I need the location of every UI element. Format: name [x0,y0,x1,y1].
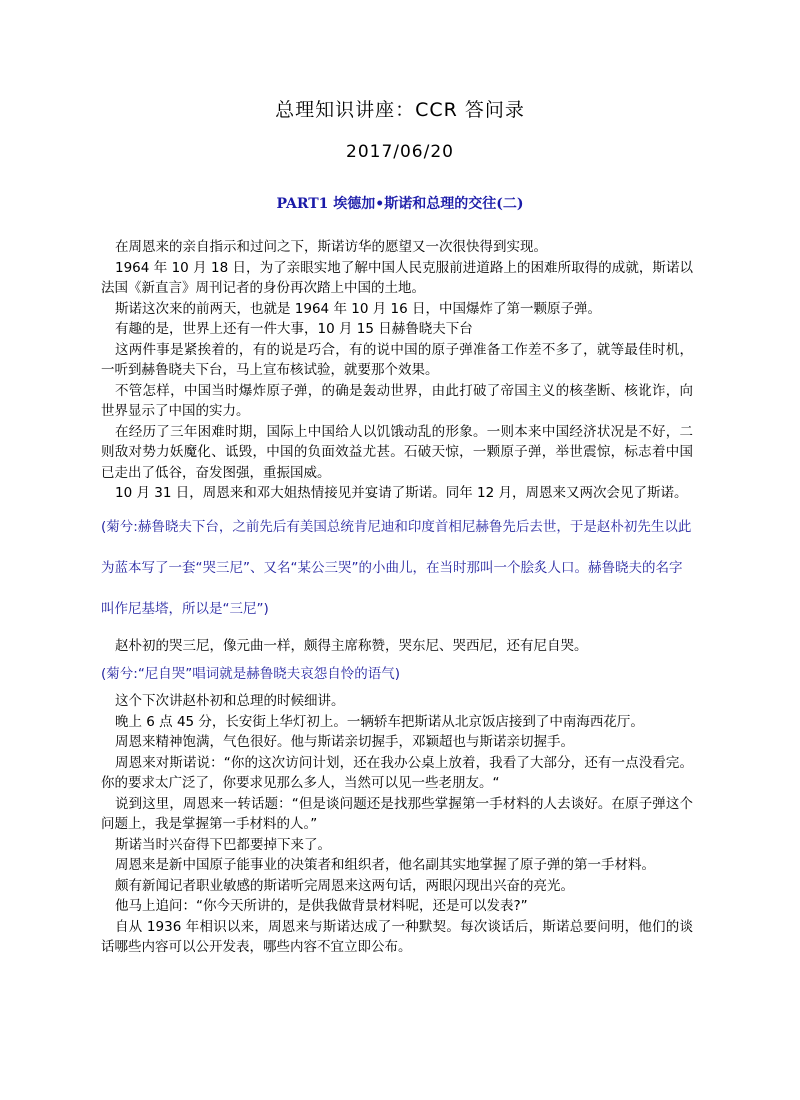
document-title: 总理知识讲座：CCR 答问录 [0,95,800,122]
paragraph: 不管怎样，中国当时爆炸原子弹，的确是轰动世界，由此打破了帝国主义的核垄断、核讹诈… [101,381,693,422]
paragraph: 他马上追问：“你今天所讲的，是供我做背景材料呢，还是可以发表?” [101,896,693,917]
paragraph: 斯诺当时兴奋得下巴都要掉下来了。 [101,835,693,856]
paragraph: 斯诺这次来的前两天，也就是 1964 年 10 月 16 日，中国爆炸了第一颗原… [101,299,693,320]
paragraph: 在周恩来的亲自指示和过问之下，斯诺访华的愿望又一次很快得到实现。 [101,237,693,258]
paragraph: 说到这里，周恩来一转话题：“但是谈问题还是找那些掌握第一手材料的人去谈好。在原子… [101,794,693,835]
paragraph: 有趣的是，世界上还有一件大事，10 月 15 日赫鲁晓夫下台 [101,319,693,340]
editor-note: (菊兮:“尼自哭”唱词就是赫鲁晓夫哀怨自怜的语气) [101,664,693,684]
paragraph: 在经历了三年困难时期，国际上中国给人以饥饿动乱的形象。一则本来中国经济状况是不好… [101,422,693,484]
paragraph: 这两件事是紧挨着的，有的说是巧合，有的说中国的原子弹准备工作差不多了，就等最佳时… [101,340,693,381]
paragraph: 颇有新闻记者职业敏感的斯诺听完周恩来这两句话，两眼闪现出兴奋的亮光。 [101,876,693,897]
paragraph: 1964 年 10 月 18 日，为了亲眼实地了解中国人民克服前进道路上的困难所… [101,258,693,299]
document-date: 2017/06/20 [0,142,800,162]
paragraph: 自从 1936 年相识以来，周恩来与斯诺达成了一种默契。每次谈话后，斯诺总要问明… [101,917,693,958]
paragraph: 周恩来对斯诺说：“你的这次访问计划，还在我办公桌上放着，我看了大部分，还有一点没… [101,753,693,794]
editor-note: (菊兮:赫鲁晓夫下台，之前先后有美国总统肯尼迪和印度首相尼赫鲁先后去世，于是赵朴… [101,507,693,630]
paragraph: 10 月 31 日，周恩来和邓大姐热情接见并宴请了斯诺。同年 12 月，周恩来又… [101,483,693,504]
paragraph: 周恩来是新中国原子能事业的决策者和组织者，他名副其实地掌握了原子弹的第一手材料。 [101,855,693,876]
paragraph: 晚上 6 点 45 分，长安街上华灯初上。一辆轿车把斯诺从北京饭店接到了中南海西… [101,712,693,733]
document-page: 总理知识讲座：CCR 答问录 2017/06/20 PART1 埃德加•斯诺和总… [0,0,800,1100]
paragraph: 周恩来精神饱满，气色很好。他与斯诺亲切握手，邓颖超也与斯诺亲切握手。 [101,732,693,753]
paragraph: 这个下次讲赵朴初和总理的时候细讲。 [101,691,693,712]
section-heading: PART1 埃德加•斯诺和总理的交往(二) [0,193,800,213]
paragraph: 赵朴初的哭三尼，像元曲一样，颇得主席称赞，哭东尼、哭西尼，还有尼自哭。 [101,636,693,657]
document-body: 在周恩来的亲自指示和过问之下，斯诺访华的愿望又一次很快得到实现。 1964 年 … [101,237,693,958]
